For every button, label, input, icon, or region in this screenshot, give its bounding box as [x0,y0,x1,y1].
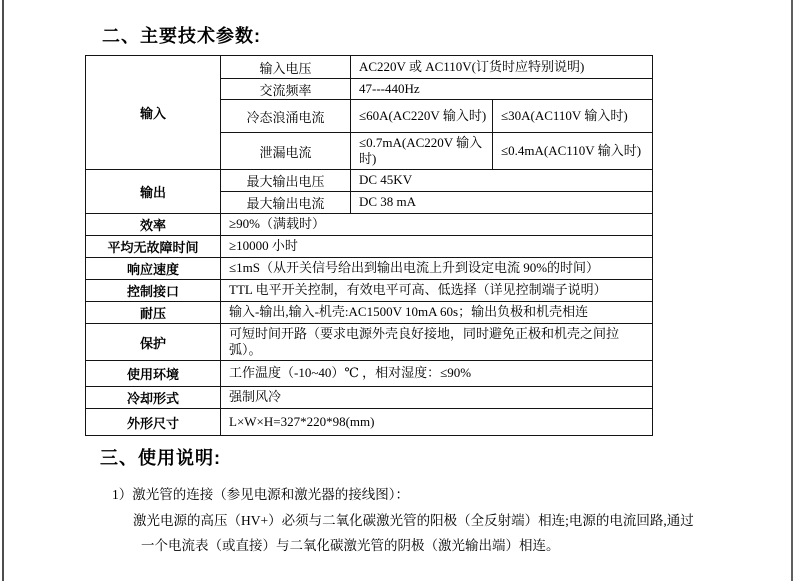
sub-label-cell: 输入电压 [221,56,351,79]
document-page: 二、主要技术参数: 输入 输入电压 AC220V 或 AC110V(订货时应特别… [0,0,795,581]
sub-label-cell: 泄漏电流 [221,133,351,170]
value-cell-ac220: ≤0.7mA(AC220V 输入时) [351,133,493,170]
page-right-border-line [791,0,793,581]
category-cell-environment: 使用环境 [86,361,221,387]
spec-table: 输入 输入电压 AC220V 或 AC110V(订货时应特别说明) 交流频率 4… [85,55,653,436]
value-cell: 47---440Hz [351,79,653,100]
category-cell-control-interface: 控制接口 [86,280,221,302]
value-cell: L×W×H=327*220*98(mm) [221,409,653,436]
value-cell-ac110: ≤0.4mA(AC110V 输入时) [493,133,653,170]
table-row-input-voltage: 输入 输入电压 AC220V 或 AC110V(订货时应特别说明) [86,56,653,79]
value-cell: 输入-输出,输入-机壳:AC1500V 10mA 60s；输出负极和机壳相连 [221,302,653,324]
page-left-border-line [2,0,4,581]
category-cell-response-speed: 响应速度 [86,258,221,280]
value-cell: 强制风冷 [221,387,653,409]
value-cell: ≥90%（满载时） [221,214,653,236]
category-cell-dimensions: 外形尺寸 [86,409,221,436]
value-cell: 可短时间开路（要求电源外壳良好接地，同时避免正极和机壳之间拉弧）。 [221,324,653,361]
usage-item-1: 1）激光管的连接（参见电源和激光器的接线图）： [112,483,409,503]
table-row-environment: 使用环境 工作温度（-10~40）℃ ，相对湿度：≤90% [86,361,653,387]
value-cell: DC 38 mA [351,192,653,214]
table-row-response-speed: 响应速度 ≤1mS（从开关信号给出到输出电流上升到设定电流 90%的时间） [86,258,653,280]
table-row-withstand-voltage: 耐压 输入-输出,输入-机壳:AC1500V 10mA 60s；输出负极和机壳相… [86,302,653,324]
usage-item-1-line-2: 激光电源的高压（HV+）必须与二氧化碳激光管的阳极（全反射端）相连;电源的电流回… [133,509,694,529]
category-cell-protection: 保护 [86,324,221,361]
table-row-mtbf: 平均无故障时间 ≥10000 小时 [86,236,653,258]
category-cell-output: 输出 [86,170,221,214]
sub-label-cell: 冷态浪涌电流 [221,100,351,133]
value-cell: TTL 电平开关控制，有效电平可高、低选择（详见控制端子说明） [221,280,653,302]
value-cell: ≥10000 小时 [221,236,653,258]
category-cell-mtbf: 平均无故障时间 [86,236,221,258]
section-title-main-parameters: 二、主要技术参数: [102,22,261,48]
table-row-efficiency: 效率 ≥90%（满载时） [86,214,653,236]
table-row-cooling: 冷却形式 强制风冷 [86,387,653,409]
category-cell-efficiency: 效率 [86,214,221,236]
table-row-max-output-voltage: 输出 最大输出电压 DC 45KV [86,170,653,192]
category-cell-input: 输入 [86,56,221,170]
section-title-usage-instructions: 三、使用说明: [100,444,221,470]
sub-label-cell: 最大输出电压 [221,170,351,192]
sub-label-cell: 最大输出电流 [221,192,351,214]
table-row-control-interface: 控制接口 TTL 电平开关控制，有效电平可高、低选择（详见控制端子说明） [86,280,653,302]
usage-item-1-line-3: 一个电流表（或直接）与二氧化碳激光管的阴极（激光输出端）相连。 [141,534,560,554]
value-cell-ac220: ≤60A(AC220V 输入时) [351,100,493,133]
sub-label-cell: 交流频率 [221,79,351,100]
table-row-dimensions: 外形尺寸 L×W×H=327*220*98(mm) [86,409,653,436]
category-cell-withstand-voltage: 耐压 [86,302,221,324]
value-cell-ac110: ≤30A(AC110V 输入时) [493,100,653,133]
value-cell: DC 45KV [351,170,653,192]
value-cell: AC220V 或 AC110V(订货时应特别说明) [351,56,653,79]
value-cell: ≤1mS（从开关信号给出到输出电流上升到设定电流 90%的时间） [221,258,653,280]
value-cell: 工作温度（-10~40）℃ ，相对湿度：≤90% [221,361,653,387]
table-row-protection: 保护 可短时间开路（要求电源外壳良好接地，同时避免正极和机壳之间拉弧）。 [86,324,653,361]
category-cell-cooling: 冷却形式 [86,387,221,409]
